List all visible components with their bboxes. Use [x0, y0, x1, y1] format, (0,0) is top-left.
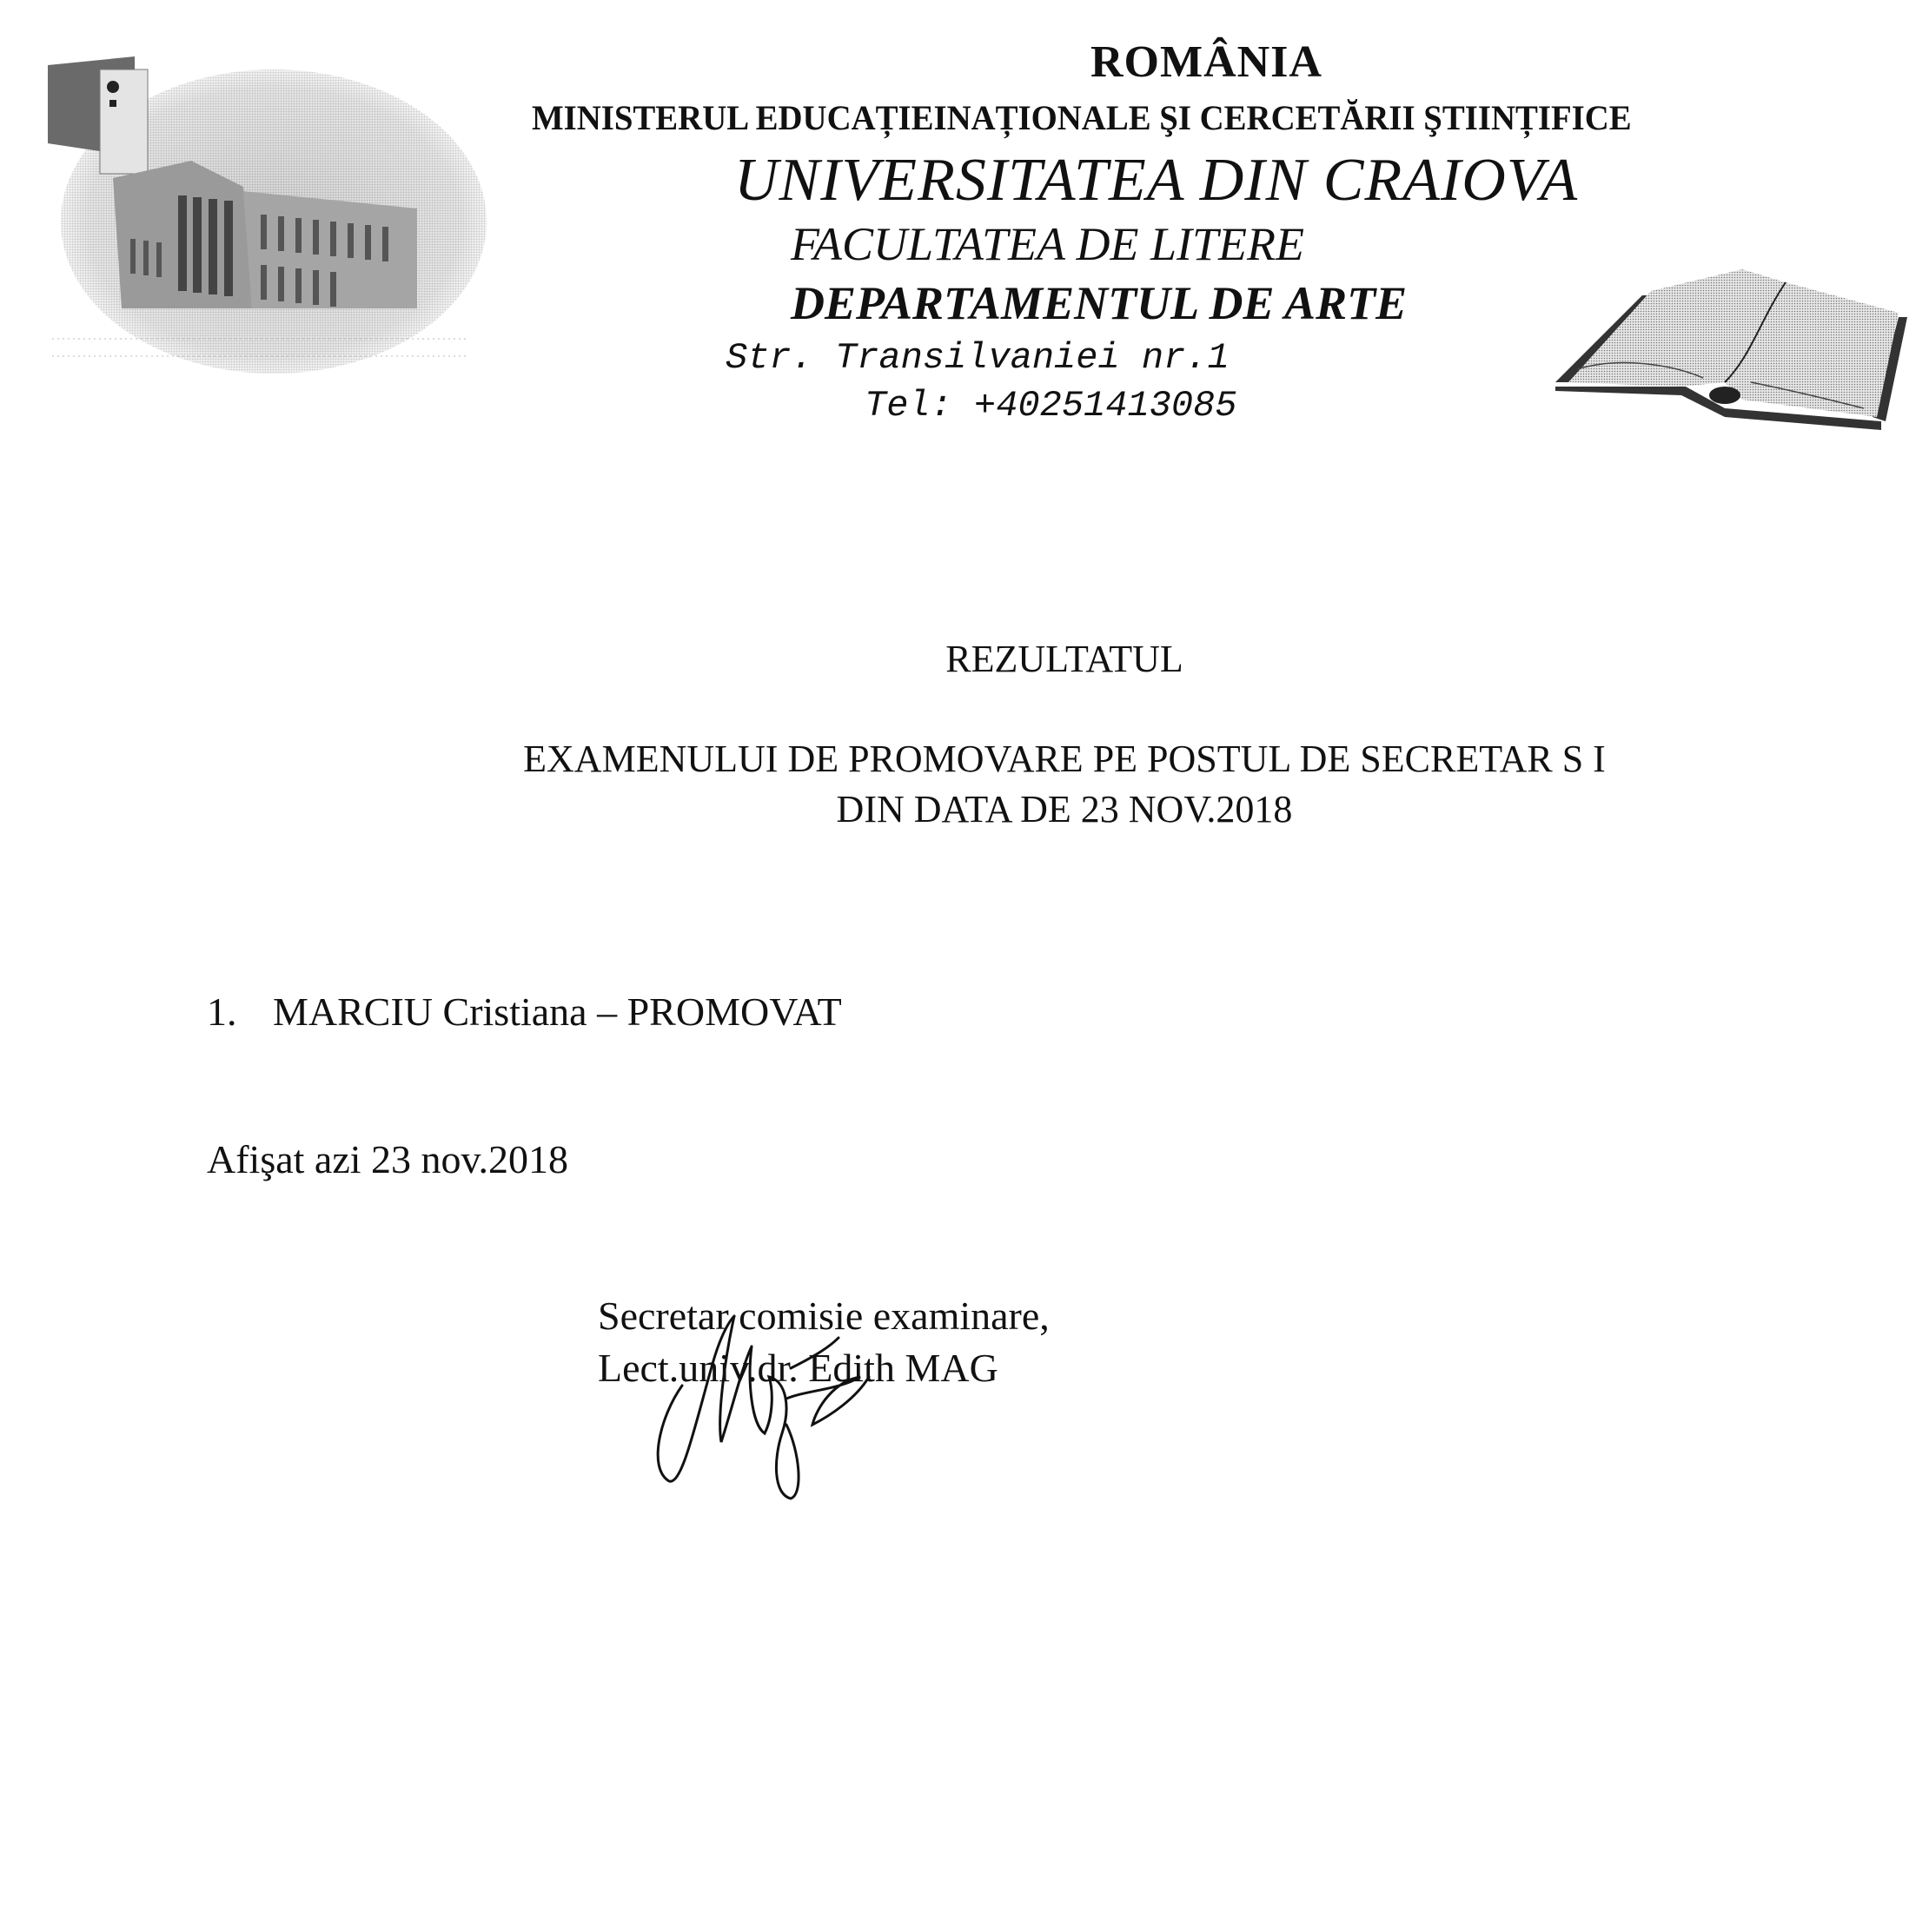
document-subtitle-line2: DIN DATA DE 23 NOV.2018: [100, 787, 1929, 831]
header-address: Str. Transilvaniei nr.1: [726, 337, 1230, 379]
result-list-item: 1.MARCIU Cristiana – PROMOVAT: [207, 989, 842, 1035]
header-university: UNIVERSITATEA DIN CRAIOVA: [734, 146, 1578, 215]
header-department: DEPARTAMENTUL DE ARTE: [791, 276, 1407, 330]
result-number: 1.: [207, 989, 273, 1035]
header-faculty: FACULTATEA DE LITERE: [791, 217, 1304, 271]
document-subtitle-line1: EXAMENULUI DE PROMOVARE PE POSTUL DE SEC…: [100, 737, 1929, 781]
university-logo-icon: [35, 48, 495, 382]
document-title: REZULTATUL: [100, 637, 1929, 681]
header-phone: Tel: +40251413085: [865, 385, 1236, 427]
header-country: ROMÂNIA: [1090, 36, 1322, 88]
handwritten-signature-icon: [643, 1294, 973, 1503]
open-book-icon: [1551, 261, 1925, 434]
header-ministry: MINISTERUL EDUCAȚIEINAȚIONALE ŞI CERCETĂ…: [532, 97, 1632, 138]
posted-date: Afişat azi 23 nov.2018: [207, 1136, 568, 1182]
result-text: MARCIU Cristiana – PROMOVAT: [273, 989, 842, 1034]
